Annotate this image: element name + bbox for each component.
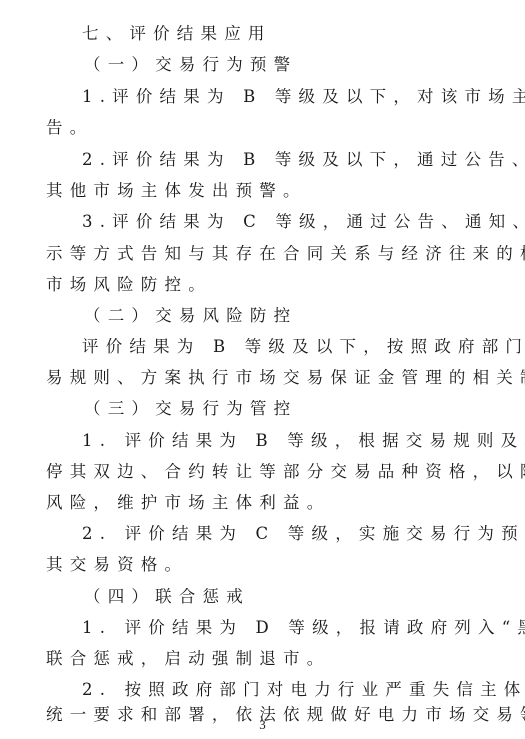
paragraph-line: 1. 评价结果为 B 等级，根据交易规则及相关要求，暂: [82, 431, 522, 451]
paragraph-line: 其他市场主体发出预警。: [46, 181, 486, 201]
paragraph-line: 停其双边、合约转让等部分交易品种资格，以降低市场履约: [46, 462, 486, 482]
paragraph-line: 告。: [46, 118, 486, 138]
paragraph-line: 其交易资格。: [46, 555, 486, 575]
subsection-title-4: （四）联合惩戒: [84, 587, 524, 607]
paragraph-line: 2. 评价结果为 C 等级，实施交易行为预警的同时暂停: [82, 524, 522, 544]
paragraph-line: 2. 按照政府部门对电力行业严重失信主体联合惩戒的: [82, 680, 522, 700]
paragraph-line: 3.评价结果为 C 等级，通过公告、通知、函件、系统提: [82, 212, 522, 232]
paragraph-line: 2.评价结果为 B 等级及以下，通过公告、通知等形式对: [82, 150, 522, 170]
page-number: 3: [0, 717, 525, 733]
paragraph-line: 易规则、方案执行市场交易保证金管理的相关制度及规定。: [46, 368, 486, 388]
paragraph-line: 风险，维护市场主体利益。: [46, 493, 486, 513]
paragraph-line: 1. 评价结果为 D 等级，报请政府列入“黑名单”，执行: [82, 618, 522, 638]
document-page: 七、评价结果应用 （一）交易行为预警 1.评价结果为 B 等级及以下，对该市场主…: [0, 0, 525, 739]
subsection-title-1: （一）交易行为预警: [84, 55, 524, 75]
paragraph-line: 评价结果为 B 等级及以下，按照政府部门有关要求及交: [82, 337, 522, 357]
section-title: 七、评价结果应用: [82, 24, 522, 44]
subsection-title-2: （二）交易风险防控: [84, 306, 524, 326]
paragraph-line: 联合惩戒，启动强制退市。: [46, 649, 486, 669]
paragraph-line: 市场风险防控。: [46, 275, 486, 295]
paragraph-line: 1.评价结果为 B 等级及以下，对该市场主体发出书面警: [82, 87, 522, 107]
paragraph-line: 示等方式告知与其存在合同关系与经济往来的相关方，加强: [46, 244, 486, 264]
subsection-title-3: （三）交易行为管控: [84, 399, 524, 419]
